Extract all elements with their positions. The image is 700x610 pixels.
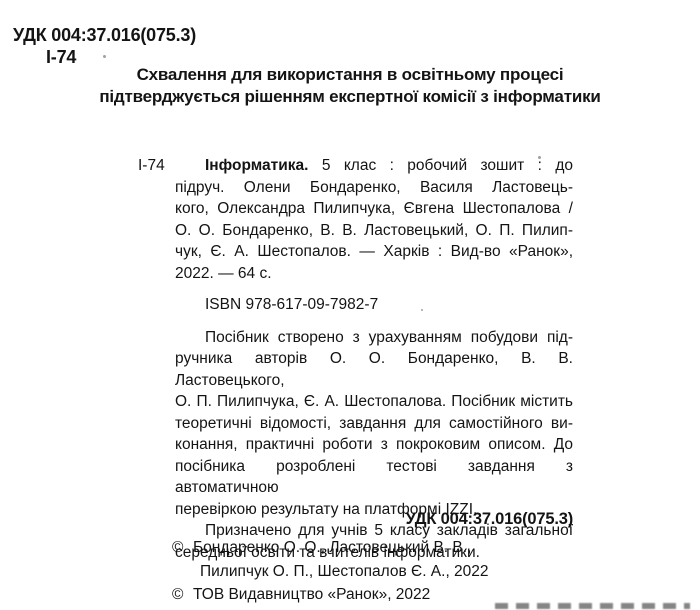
main-text-column: І-74 Інформатика. 5 клас : робочий зошит… — [175, 155, 573, 555]
scan-speck — [538, 156, 541, 159]
scan-speck — [103, 55, 106, 58]
approval-statement: Схвалення для використання в освітньому … — [0, 64, 700, 108]
catalog-first-line: Інформатика. 5 клас : робочий зошит : до — [175, 155, 573, 177]
udc-classification-block: УДК 004:37.016(075.3) І-74 — [13, 24, 196, 68]
copyright-authors-line-2: Пилипчук О. П., Шестопалов Є. А., 2022 — [200, 560, 489, 584]
text-line: теоретичні відомості, завдання для самос… — [175, 413, 573, 435]
text-line: О. О. Бондаренко, В. В. Ластовецький, О.… — [175, 220, 573, 242]
udc-footer: УДК 004:37.016(075.3) — [406, 509, 573, 531]
text-line: кого, Олександра Пилипчука, Євгена Шесто… — [175, 198, 573, 220]
copyright-block: © Бондаренко О. О., Ластовецький В. В., … — [172, 536, 532, 607]
isbn-line: ISBN 978-617-09-7982-7 — [205, 294, 573, 316]
book-imprint-page: УДК 004:37.016(075.3) І-74 Схвалення для… — [0, 0, 700, 610]
catalog-body-lines: підруч. Олени Бондаренко, Василя Ластове… — [175, 177, 573, 263]
text-line: конання, практичні роботи з покроковим о… — [175, 434, 573, 456]
text-line: Посібник створено з урахуванням побудови… — [175, 327, 573, 349]
copyright-authors-line-1: Бондаренко О. О., Ластовецький В. В., — [193, 536, 471, 560]
scan-cutoff-artifact — [495, 603, 690, 609]
copyright-icon: © — [172, 536, 193, 560]
book-title: Інформатика. — [205, 157, 308, 174]
catalog-index-label: І-74 — [138, 155, 165, 177]
text-line: чук, Є. А. Шестопалов. — Харків : Вид-во… — [175, 241, 573, 263]
copyright-publisher-line: ТОВ Видавництво «Ранок», 2022 — [193, 583, 430, 607]
text-line: ручника авторів О. О. Бондаренко, В. В. … — [175, 348, 573, 391]
copyright-icon: © — [172, 583, 193, 607]
copyright-authors-row-continued: Пилипчук О. П., Шестопалов Є. А., 2022 — [172, 560, 532, 584]
catalog-card: І-74 Інформатика. 5 клас : робочий зошит… — [175, 155, 573, 316]
scan-speck — [421, 309, 423, 311]
udc-number: УДК 004:37.016(075.3) — [13, 24, 196, 46]
copyright-authors-row: © Бондаренко О. О., Ластовецький В. В., — [172, 536, 532, 560]
text-line: підруч. Олени Бондаренко, Василя Ластове… — [175, 177, 573, 199]
approval-line-1: Схвалення для використання в освітньому … — [0, 64, 700, 86]
annotation-paragraph-1: Посібник створено з урахуванням побудови… — [175, 327, 573, 499]
approval-line-2: підтверджується рішенням експертної комі… — [0, 86, 700, 108]
text-line: посібника розроблені тестові завдання з … — [175, 456, 573, 499]
copyright-publisher-row: © ТОВ Видавництво «Ранок», 2022 — [172, 583, 532, 607]
copyright-symbol-spacer — [179, 560, 200, 584]
catalog-last-line: 2022. — 64 с. — [175, 263, 573, 285]
catalog-first-line-rest: 5 клас : робочий зошит : до — [322, 157, 573, 174]
text-line: О. П. Пилипчука, Є. А. Шестопалова. Посі… — [175, 391, 573, 413]
